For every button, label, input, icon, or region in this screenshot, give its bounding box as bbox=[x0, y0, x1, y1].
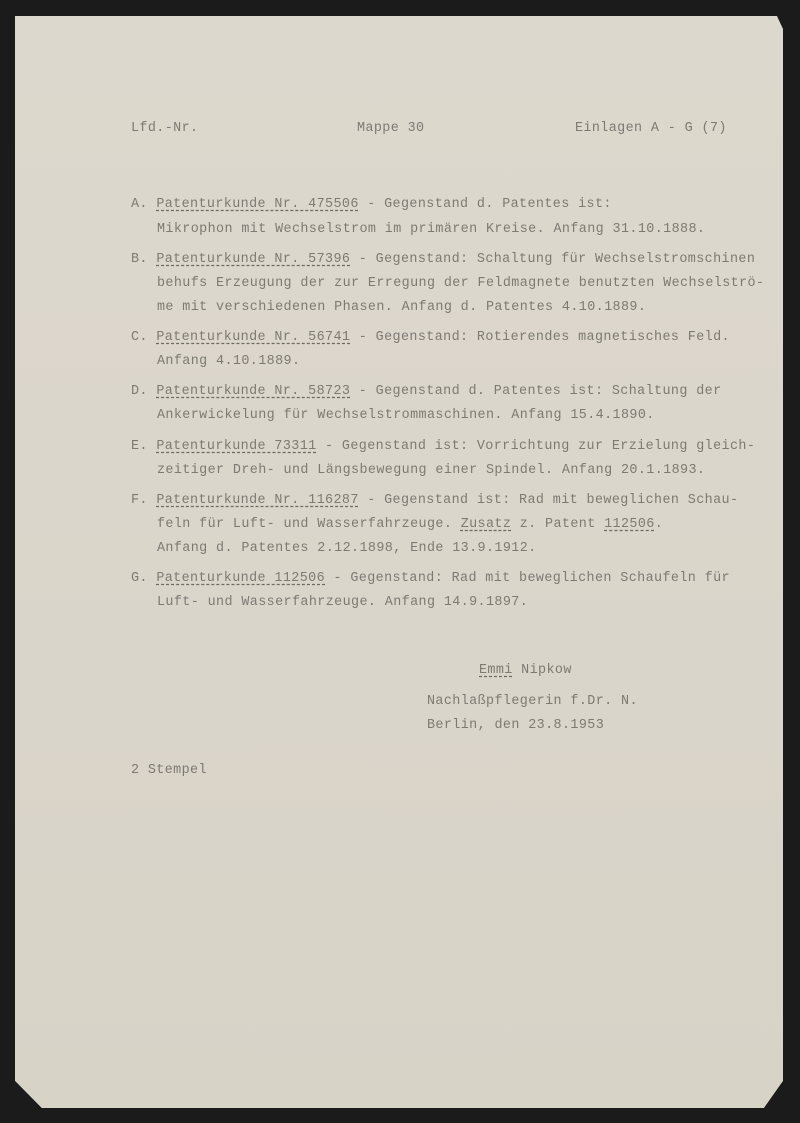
entry-text: - Gegenstand d. Patentes ist: Schaltung … bbox=[350, 384, 721, 399]
patent-title: Patenturkunde Nr. 475506 bbox=[156, 197, 358, 212]
signature-place-date: Berlin, den 23.8.1953 bbox=[427, 718, 604, 733]
entry-c-line1: C. Patenturkunde Nr. 56741 - Gegenstand:… bbox=[131, 330, 730, 345]
signature-first-name: Emmi bbox=[479, 663, 513, 678]
patent-title: Patenturkunde 73311 bbox=[156, 439, 316, 454]
entry-text: - Gegenstand d. Patentes ist: bbox=[359, 197, 612, 212]
referenced-patent: 112506 bbox=[604, 517, 655, 532]
entry-g-line2: Luft- und Wasserfahrzeuge. Anfang 14.9.1… bbox=[157, 595, 528, 610]
zusatz-label: Zusatz bbox=[461, 517, 512, 532]
entry-text: . bbox=[655, 517, 663, 532]
entry-letter: G. bbox=[131, 571, 148, 586]
entry-b-line2: behufs Erzeugung der zur Erregung der Fe… bbox=[157, 276, 764, 291]
header-lfd-nr: Lfd.-Nr. bbox=[131, 121, 199, 136]
entry-a-line1: A. Patenturkunde Nr. 475506 - Gegenstand… bbox=[131, 197, 612, 212]
entry-g-line1: G. Patenturkunde 112506 - Gegenstand: Ra… bbox=[131, 571, 730, 586]
signature-last-name: Nipkow bbox=[513, 663, 572, 678]
entry-letter: E. bbox=[131, 439, 148, 454]
signature-role: Nachlaßpflegerin f.Dr. N. bbox=[427, 694, 638, 709]
entry-c-line2: Anfang 4.10.1889. bbox=[157, 354, 300, 369]
entry-letter: F. bbox=[131, 493, 148, 508]
header-einlagen: Einlagen A - G (7) bbox=[575, 121, 727, 136]
entry-d-line2: Ankerwickelung für Wechselstrommaschinen… bbox=[157, 408, 655, 423]
entry-letter: A. bbox=[131, 197, 148, 212]
entry-f-line3: Anfang d. Patentes 2.12.1898, Ende 13.9.… bbox=[157, 541, 537, 556]
entry-text: z. Patent bbox=[511, 517, 604, 532]
entry-letter: C. bbox=[131, 330, 148, 345]
patent-title: Patenturkunde Nr. 56741 bbox=[156, 330, 350, 345]
entry-f-line2: feln für Luft- und Wasserfahrzeuge. Zusa… bbox=[157, 517, 663, 532]
entry-text: - Gegenstand: Rad mit beweglichen Schauf… bbox=[325, 571, 730, 586]
patent-title: Patenturkunde Nr. 57396 bbox=[156, 252, 350, 267]
stamp-note: 2 Stempel bbox=[131, 763, 207, 778]
entry-text: - Gegenstand ist: Rad mit beweglichen Sc… bbox=[359, 493, 739, 508]
entry-e-line2: zeitiger Dreh- und Längsbewegung einer S… bbox=[157, 463, 705, 478]
entry-letter: B. bbox=[131, 252, 148, 267]
patent-title: Patenturkunde 112506 bbox=[156, 571, 325, 586]
entry-text: - Gegenstand ist: Vorrichtung zur Erziel… bbox=[317, 439, 756, 454]
entry-b-line1: B. Patenturkunde Nr. 57396 - Gegenstand:… bbox=[131, 252, 755, 267]
document-page bbox=[15, 16, 783, 1108]
entry-text: - Gegenstand: Schaltung für Wechselstrom… bbox=[350, 252, 755, 267]
entry-text: feln für Luft- und Wasserfahrzeuge. bbox=[157, 517, 461, 532]
patent-title: Patenturkunde Nr. 116287 bbox=[156, 493, 358, 508]
entry-e-line1: E. Patenturkunde 73311 - Gegenstand ist:… bbox=[131, 439, 755, 454]
header-mappe: Mappe 30 bbox=[357, 121, 425, 136]
entry-letter: D. bbox=[131, 384, 148, 399]
entry-text: - Gegenstand: Rotierendes magnetisches F… bbox=[350, 330, 730, 345]
signature-name: Emmi Nipkow bbox=[479, 663, 572, 678]
entry-f-line1: F. Patenturkunde Nr. 116287 - Gegenstand… bbox=[131, 493, 738, 508]
entry-a-line2: Mikrophon mit Wechselstrom im primären K… bbox=[157, 222, 705, 237]
entry-d-line1: D. Patenturkunde Nr. 58723 - Gegenstand … bbox=[131, 384, 722, 399]
entry-b-line3: me mit verschiedenen Phasen. Anfang d. P… bbox=[157, 300, 646, 315]
patent-title: Patenturkunde Nr. 58723 bbox=[156, 384, 350, 399]
